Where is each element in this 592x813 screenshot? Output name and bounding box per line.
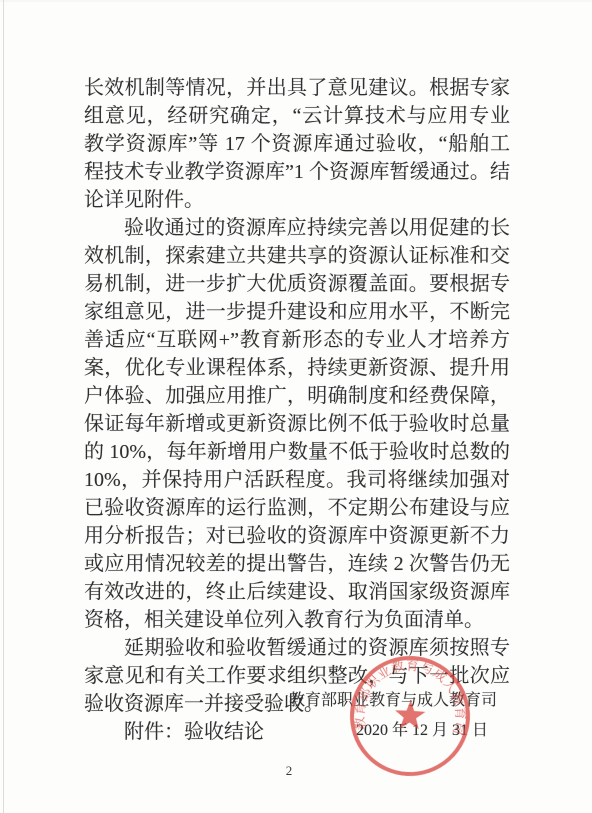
scan-edge-top [0, 0, 592, 2]
signature-organization: 教育部职业教育与成人教育司 [84, 686, 497, 716]
scan-edge-left [3, 0, 4, 813]
paragraph: 验收通过的资源库应持续完善以用促建的长效机制，探索建立共建共享的资源认证标准和交… [84, 214, 510, 634]
page-number: 2 [84, 763, 494, 779]
document-body: 长效机制等情况，并出具了意见建议。根据专家组意见，经研究确定，“云计算技术与应用… [84, 74, 510, 746]
signature-block: 教育部职业教育与成人教育司 2020 年 12 月 31 日 [84, 686, 510, 746]
document-page: 长效机制等情况，并出具了意见建议。根据专家组意见，经研究确定，“云计算技术与应用… [0, 0, 592, 813]
signature-date: 2020 年 12 月 31 日 [84, 716, 488, 746]
paragraph: 长效机制等情况，并出具了意见建议。根据专家组意见，经研究确定，“云计算技术与应用… [84, 74, 510, 214]
